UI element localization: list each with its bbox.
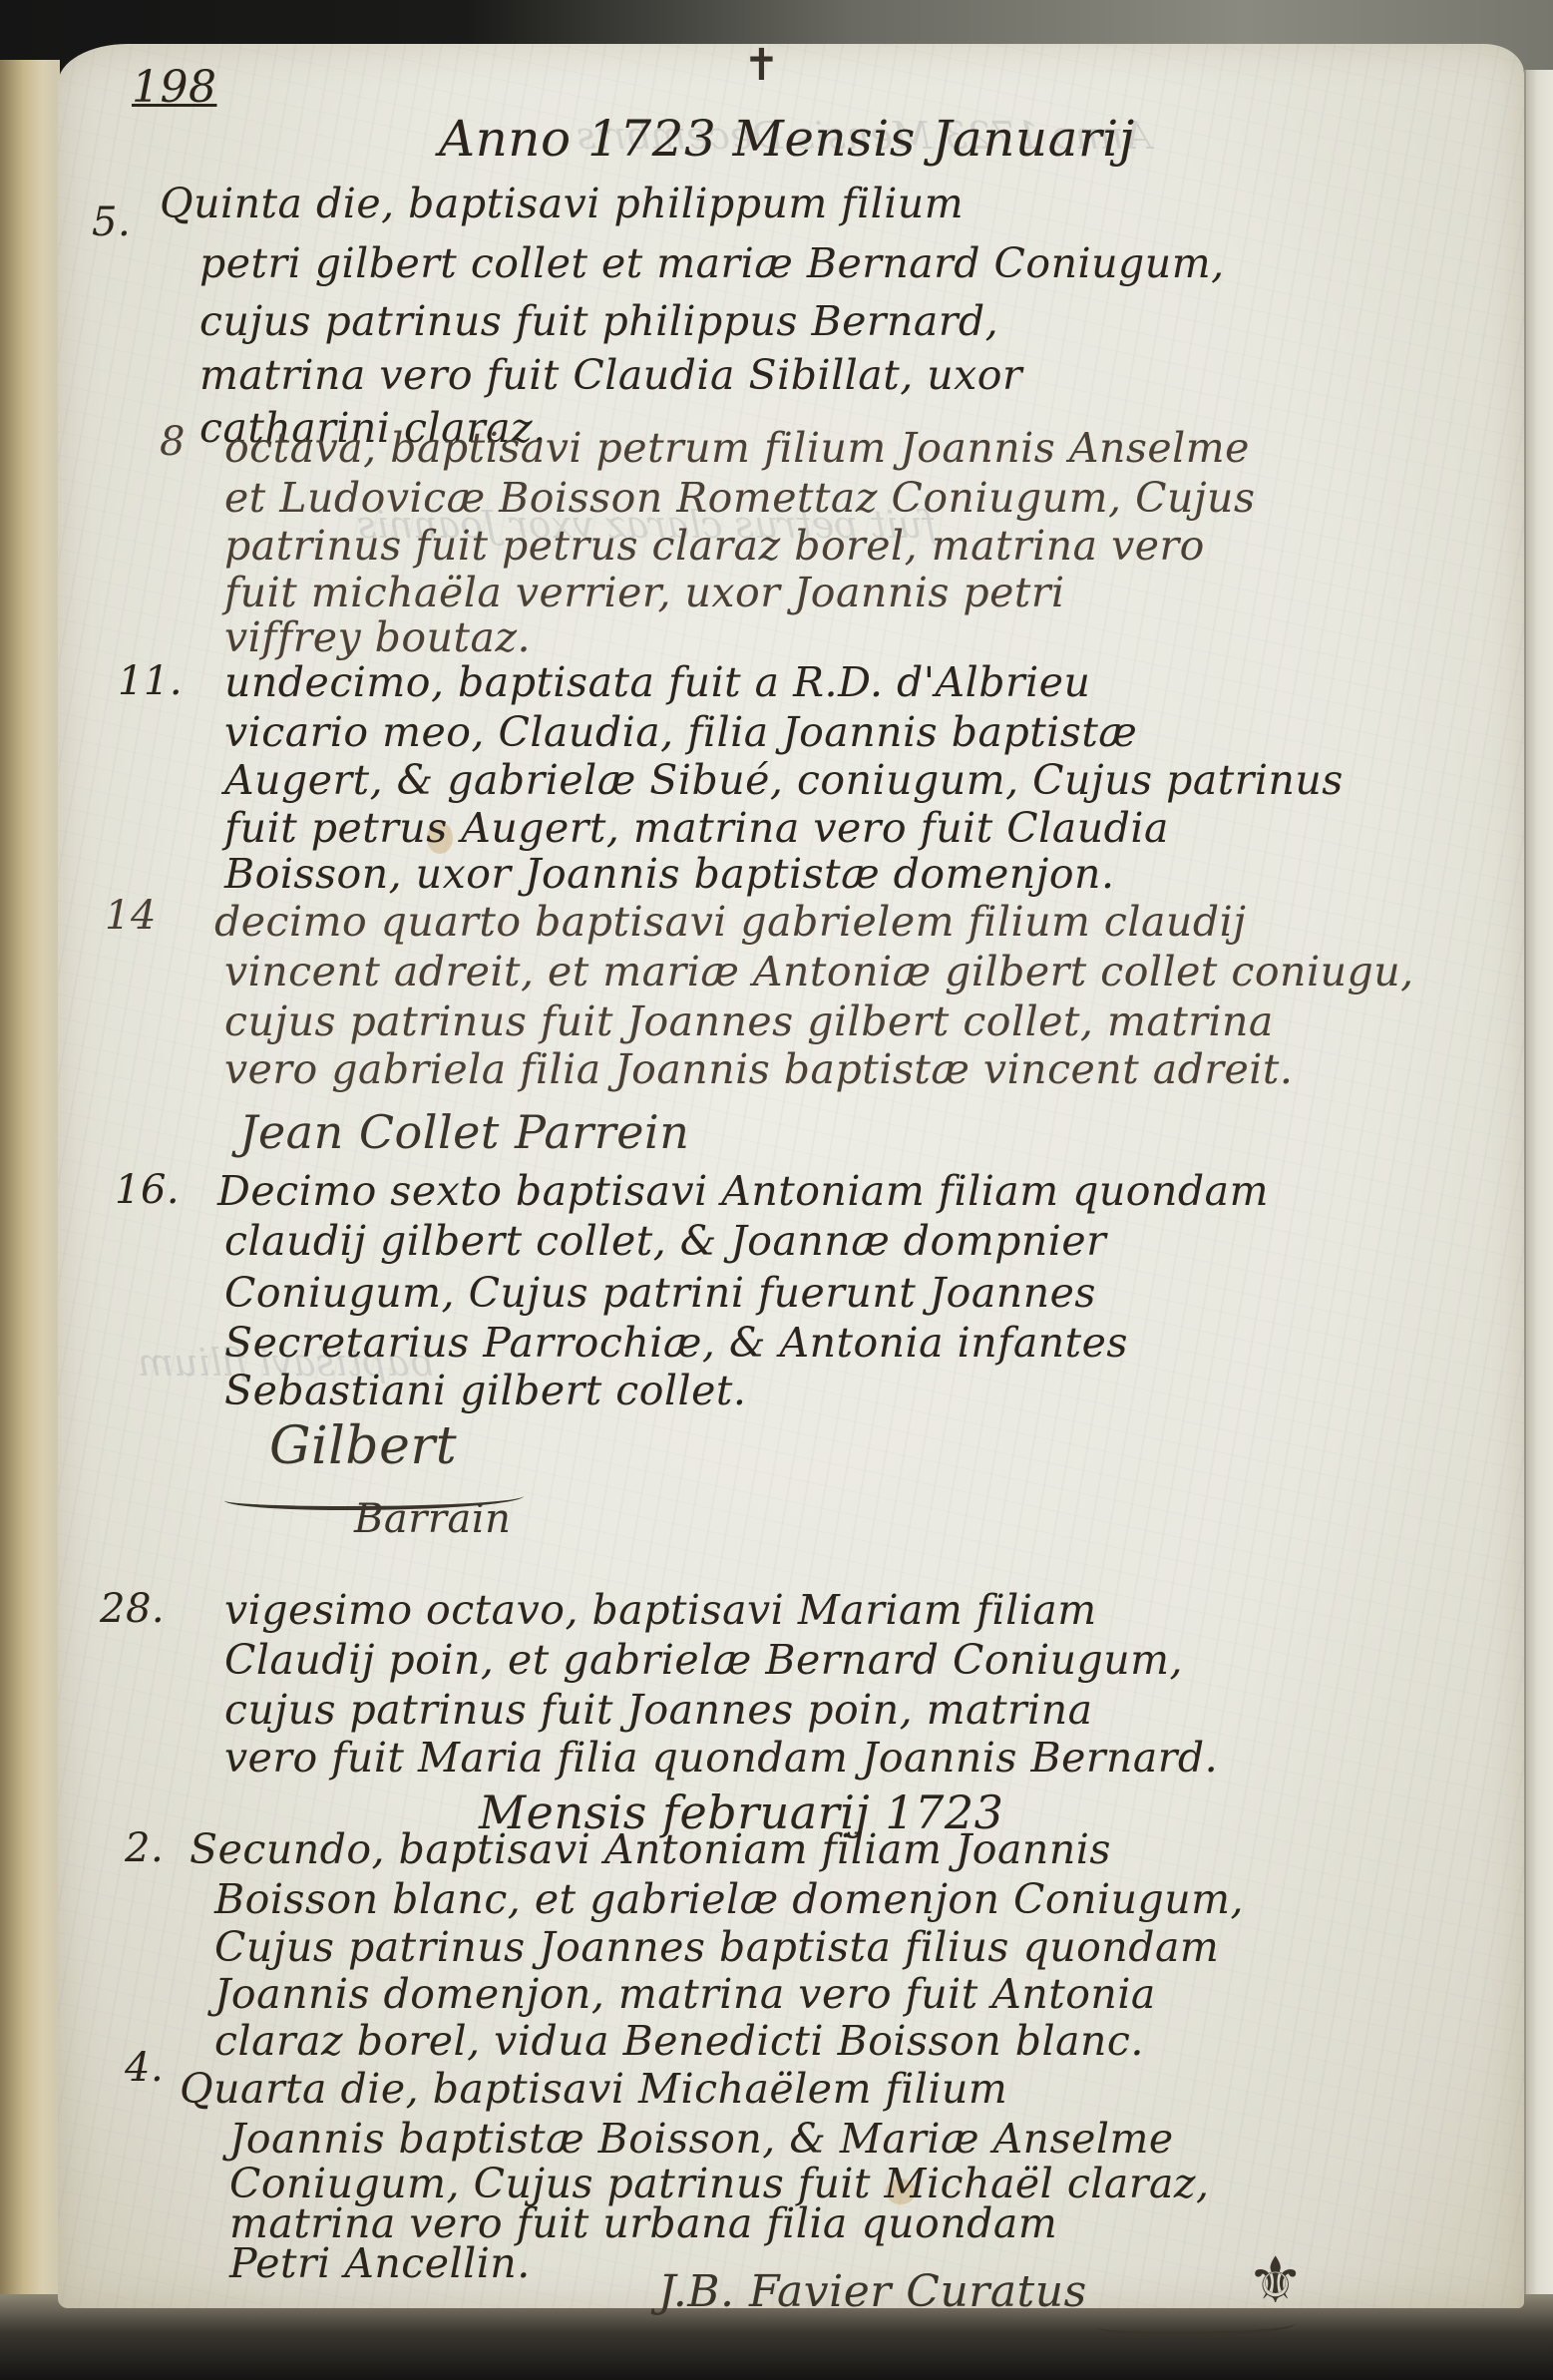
adjacent-page-edge <box>1524 70 1553 2314</box>
entry-day-number: 28. <box>100 1586 165 1632</box>
entry-line: Sebastiani gilbert collet. <box>224 1367 746 1414</box>
entry-line: Quarta die, baptisavi Michaëlem filium <box>180 2065 1007 2113</box>
entry-line: matrina vero fuit Claudia Sibillat, uxor <box>199 351 1022 399</box>
entry-line: Decimo sexto baptisavi Antoniam filiam q… <box>217 1167 1269 1215</box>
godparent-signature: Jean Collet Parrein <box>239 1105 689 1159</box>
entry-line: claraz borel, vidua Benedicti Boisson bl… <box>214 2017 1144 2065</box>
signature-gilbert: Gilbert <box>269 1416 457 1476</box>
entry-line: Secretarius Parrochiæ, & Antonia infante… <box>224 1319 1128 1367</box>
entry-day-number: 16. <box>115 1167 180 1213</box>
entry-line: Cujus patrinus Joannes baptista filius q… <box>214 1923 1219 1971</box>
entry-line: petri gilbert collet et mariæ Bernard Co… <box>199 239 1225 287</box>
entry-line: cujus patrinus fuit Joannes gilbert coll… <box>224 997 1274 1045</box>
entry-line: decimo quarto baptisavi gabrielem filium… <box>214 898 1246 946</box>
signature-barrain: Barrain <box>354 1496 511 1542</box>
entry-day-number: 11. <box>118 658 183 704</box>
entry-line: Boisson blanc, et gabrielæ domenjon Coni… <box>214 1875 1244 1923</box>
entry-line: undecimo, baptisata fuit a R.D. d'Albrie… <box>224 658 1090 706</box>
entry-line: patrinus fuit petrus claraz borel, matri… <box>224 522 1205 570</box>
entry-line: claudij gilbert collet, & Joannæ dompnie… <box>224 1217 1106 1265</box>
entry-day-number: 5. <box>92 199 131 245</box>
entry-line: vero gabriela filia Joannis baptistæ vin… <box>224 1045 1293 1093</box>
entry-line: fuit michaëla verrier, uxor Joannis petr… <box>224 569 1065 616</box>
entry-line: Coniugum, Cujus patrini fuerunt Joannes <box>224 1269 1096 1317</box>
folio-number: 198 <box>132 62 216 113</box>
curate-signature: J.B. Favier Curatus <box>658 2266 1087 2317</box>
entry-line: Joannis domenjon, matrina vero fuit Anto… <box>214 1970 1156 2018</box>
entry-line: et Ludovicæ Boisson Romettaz Coniugum, C… <box>224 474 1256 522</box>
entry-day-number: 8 <box>160 419 186 465</box>
entry-line: Secundo, baptisavi Antoniam filiam Joann… <box>190 1825 1111 1873</box>
entry-line: Augert, & gabrielæ Sibué, coniugum, Cuju… <box>224 756 1344 804</box>
entry-line: Boisson, uxor Joannis baptistæ domenjon. <box>224 850 1115 898</box>
entry-day-number: 4. <box>125 2045 164 2091</box>
entry-day-number: 2. <box>125 1825 164 1871</box>
entry-line: cujus patrinus fuit Joannes poin, matrin… <box>224 1686 1093 1734</box>
book-binding-edge <box>0 60 60 2304</box>
entry-line: cujus patrinus fuit philippus Bernard, <box>199 297 998 345</box>
entry-line: octava, baptisavi petrum filium Joannis … <box>224 424 1250 472</box>
entry-line: vigesimo octavo, baptisavi Mariam filiam <box>224 1586 1097 1634</box>
entry-line: vicario meo, Claudia, filia Joannis bapt… <box>224 708 1137 756</box>
entry-line: vincent adreit, et mariæ Antoniæ gilbert… <box>224 948 1414 995</box>
entry-line: Joannis baptistæ Boisson, & Mariæ Anselm… <box>229 2115 1174 2163</box>
entry-line: Petri Ancellin. <box>229 2239 531 2287</box>
cross-icon: ✝ <box>743 40 780 91</box>
entry-line: viffrey boutaz. <box>224 613 531 661</box>
entry-line: fuit petrus Augert, matrina vero fuit Cl… <box>224 804 1169 852</box>
entry-day-number: 14 <box>105 893 157 939</box>
heading-january: Anno 1723 Mensis Januarij <box>439 110 1135 168</box>
entry-line: Claudij poin, et gabrielæ Bernard Coniug… <box>224 1636 1183 1684</box>
paraph-flourish-icon: ⚜ <box>1247 2244 1305 2318</box>
entry-line: vero fuit Maria filia quondam Joannis Be… <box>224 1734 1218 1782</box>
entry-line: Quinta die, baptisavi philippum filium <box>160 180 964 227</box>
